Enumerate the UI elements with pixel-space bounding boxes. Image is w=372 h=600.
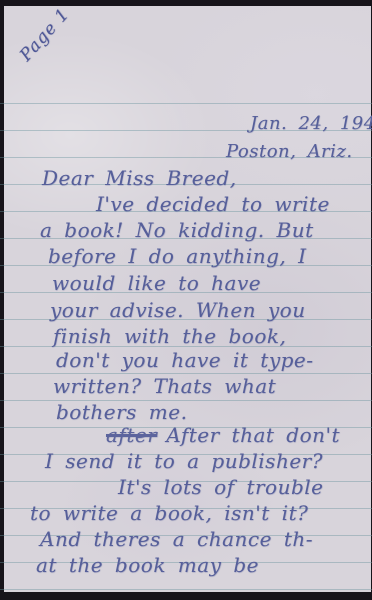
handwritten-line: And theres a chance th- [40,528,313,550]
struck-out-word: after [106,423,157,447]
line-text: After that don't [166,423,340,447]
handwritten-line: your advise. When you [50,299,306,321]
handwritten-line: at the book may be [36,554,259,576]
handwritten-line: bothers me. [56,401,187,423]
handwritten-line: a book! No kidding. But [40,219,314,241]
handwritten-line: before I do anything, I [48,245,307,267]
scanned-letter: Page 1 Jan. 24, 1944 Poston, Ariz. Dear … [0,0,372,600]
letter-salutation: Dear Miss Breed, [42,167,237,189]
handwritten-line: written? Thats what [53,375,276,397]
handwritten-line: don't you have it type- [56,349,314,371]
handwritten-line: It's lots of trouble [118,476,324,498]
letter-place: Poston, Ariz. [226,141,353,163]
handwritten-line: finish with the book, [53,325,286,347]
handwritten-line: I've decided to write [96,193,330,215]
handwritten-line: I send it to a publisher? [45,450,323,472]
handwritten-line-with-strikethrough: afterAfter that don't [106,424,340,446]
letter-date: Jan. 24, 1944 [250,113,372,135]
handwritten-line: would like to have [52,272,261,294]
handwritten-line: to write a book, isn't it? [30,502,308,524]
